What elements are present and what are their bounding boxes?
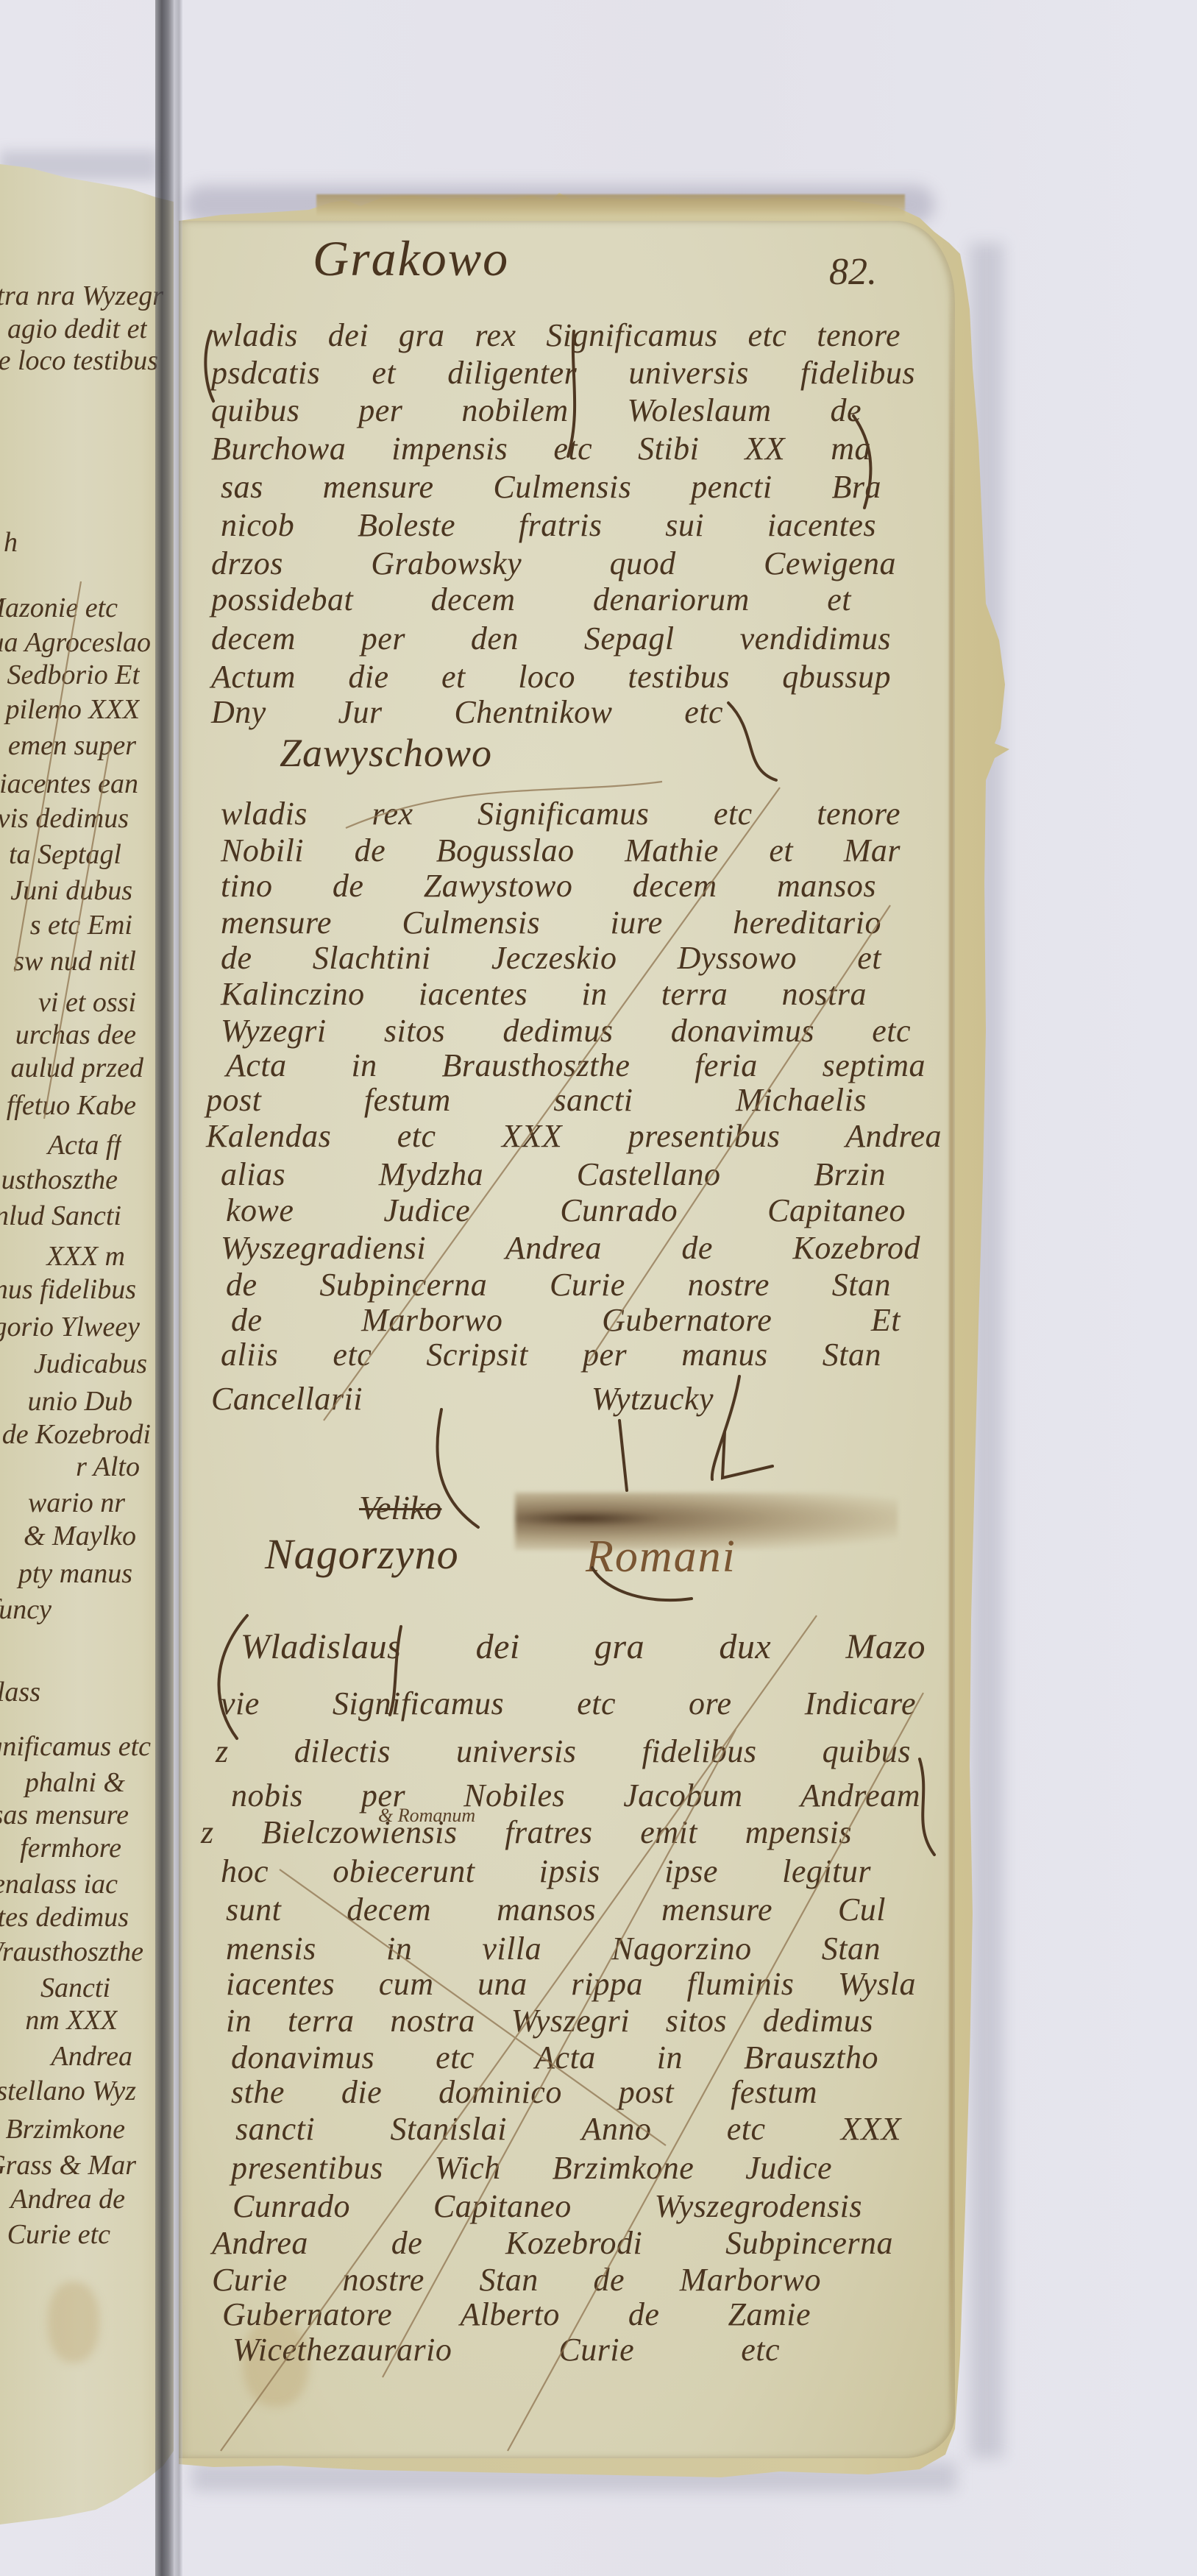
entry-heading-grakowo: Grakowo — [313, 230, 509, 288]
text-line: z Bielczowiensis fratres emit mpensis — [201, 1811, 852, 1855]
entry-heading-zawyschowo: Zawyschowo — [280, 730, 492, 776]
text-line: decem per den Sepagl vendidimus — [211, 617, 891, 661]
left-page-line: ytra nra Wyzegr — [0, 277, 163, 314]
left-page-line-text: vis dedimus — [0, 800, 129, 837]
left-page-line-text: Grass & Mar — [0, 2147, 136, 2184]
left-page-line: wario nr — [0, 1485, 125, 1521]
text-line: presentibus Wich Brzimkone Judice — [231, 2146, 832, 2190]
left-page-line-text: aulud przed — [11, 1050, 144, 1086]
text-line: quibus per nobilem Woleslaum de — [211, 389, 862, 433]
folio-number: 82. — [829, 250, 877, 294]
left-page-line: Brzimkone — [0, 2111, 125, 2148]
left-page-line: Juni dubus — [0, 872, 132, 909]
left-page-line-text: ytra nra Wyzegr — [0, 277, 163, 314]
left-page-line: nlud Sancti — [0, 1197, 121, 1234]
right-page-top-fray — [316, 194, 905, 216]
left-page-line: lass — [0, 1674, 40, 1710]
left-page-line-text: Mazonie etc — [0, 590, 118, 626]
left-page-line: h iacentes ean — [0, 765, 138, 802]
left-page-line-text: emen super — [8, 727, 136, 764]
left-page-line: Andrea de — [0, 2181, 125, 2218]
left-page-line-text: vi et ossi — [38, 984, 136, 1021]
left-page-line-text: Sancti — [40, 1970, 110, 2006]
left-page-line-text: Sedborio Et — [7, 657, 140, 693]
left-page-line: vi et ossi — [0, 984, 136, 1021]
left-page-line-text: wario nr — [28, 1485, 125, 1521]
text-line: sas mensure Culmensis pencti Bra — [221, 465, 881, 509]
left-page-line-text: h — [4, 524, 18, 561]
left-page-line-text: egorio Ylweey — [0, 1309, 140, 1345]
left-page-line: vis dedimus — [0, 800, 129, 837]
left-page-line-text: pty manus — [18, 1555, 132, 1592]
left-page-line-text: pilemo XXX — [5, 691, 140, 728]
left-page-line-text: usthoszthe — [1, 1161, 118, 1198]
left-page: ytra nra Wyzegr agio dedit et e loco tes… — [0, 0, 177, 2576]
text-line: Burchowa impensis etc Stibi XX ma — [211, 427, 871, 471]
left-page-line-text: Andrea — [51, 2038, 132, 2075]
left-page-line: XXX m — [0, 1238, 125, 1275]
left-page-line: fermhore — [0, 1830, 121, 1866]
glass-plate-highlight — [174, 0, 182, 2576]
left-page-line-text: enalass iac — [0, 1866, 118, 1903]
left-page-line-text: fermhore — [20, 1830, 121, 1866]
left-page-line: usthoszthe — [0, 1161, 118, 1198]
left-page-line: phalni & — [0, 1764, 125, 1801]
text-line: Dny Jur Chentnikow etc — [211, 690, 723, 735]
left-page-line-text: sw nud nitl — [13, 943, 136, 980]
left-page-line: pty manus — [0, 1555, 132, 1592]
paper-stain — [48, 2282, 99, 2363]
left-page-line: Sancti — [0, 1970, 110, 2006]
left-page-line: de Kozebrodi — [0, 1416, 151, 1453]
manuscript-photograph: ytra nra Wyzegr agio dedit et e loco tes… — [0, 0, 1197, 2576]
left-page-line-text: lass — [0, 1674, 40, 1710]
left-page-line-text: h iacentes ean — [0, 765, 138, 802]
left-page-line: Sedborio Et — [0, 657, 140, 693]
left-page-line: urchas dee — [0, 1016, 136, 1053]
right-page-leaf-edge — [949, 280, 953, 2436]
left-page-line: sw nud nitl — [0, 943, 136, 980]
left-page-line: Andrea — [0, 2038, 132, 2075]
left-page-line-text: phalni & — [25, 1764, 125, 1801]
left-page-line-text: Significamus etc — [0, 1728, 151, 1765]
left-page-line-text: nm XXX — [25, 2002, 118, 2039]
left-page-line: nus fidelibus — [0, 1271, 136, 1308]
left-page-line: h — [0, 524, 18, 561]
left-page-line-text: ffetuo Kabe — [7, 1087, 136, 1124]
left-page-line-text: nua Agroceslao — [0, 624, 151, 661]
left-page-line: nm XXX — [0, 2002, 118, 2039]
text-line: sunt decem mansos mensure Cul — [226, 1888, 886, 1932]
left-page-line-text: funcy — [0, 1591, 51, 1628]
left-page-line-text: Brzimkone — [5, 2111, 125, 2148]
left-page-line: & Maylko — [0, 1518, 136, 1554]
text-line: hoc obiecerunt ipsis ipse legitur — [221, 1850, 871, 1894]
left-page-line-text: & Maylko — [24, 1518, 136, 1554]
left-page-line-text: unio Dub — [28, 1383, 133, 1420]
left-page-line: unio Dub — [0, 1383, 132, 1420]
text-line: nicob Boleste fratris sui iacentes — [221, 503, 876, 548]
text-line: Kalendas etc XXX presentibus Andrea — [206, 1114, 942, 1158]
left-page-line-text: Castellano Wyz — [0, 2073, 136, 2109]
left-page-line-text: nus fidelibus — [0, 1271, 136, 1308]
struck-heading-veliko: Veliko — [359, 1488, 441, 1527]
left-page-line-text: XXX m — [46, 1238, 125, 1275]
entry-heading-nagorzyno: Nagorzyno — [265, 1529, 459, 1579]
left-page-line-text: Acta ff — [48, 1127, 121, 1164]
left-page-line: e loco testibus — [0, 342, 158, 379]
left-page-line-text: Wrausthoszthe — [0, 1933, 143, 1970]
left-page-line: Mazonie etc — [0, 590, 118, 626]
left-page-line-text: Juni dubus — [10, 872, 132, 909]
left-page-line: Acta ff — [0, 1127, 121, 1164]
left-page-line: ta Septagl — [0, 836, 121, 873]
left-page-line-text: e loco testibus — [0, 342, 158, 379]
left-page-line-text: sas mensure — [0, 1797, 129, 1833]
left-page-line: enalass iac — [0, 1866, 118, 1903]
left-page-line: nua Agroceslao — [0, 624, 151, 661]
left-page-line-text: r Alto — [76, 1448, 140, 1485]
left-page-line: Grass & Mar — [0, 2147, 136, 2184]
left-page-line: Curie etc — [0, 2216, 110, 2253]
text-line: Wicethezaurario Curie etc — [232, 2328, 780, 2372]
left-page-line-text: de Kozebrodi — [2, 1416, 151, 1453]
left-page-line: egorio Ylweey — [0, 1309, 140, 1345]
text-line: Wladislaus dei gra dux Mazo — [241, 1625, 926, 1669]
left-page-line: Castellano Wyz — [0, 2073, 136, 2109]
left-page-line-text: Andrea de — [10, 2181, 125, 2218]
left-page-line: r Alto — [0, 1448, 140, 1485]
left-page-line-text: ntes dedimus — [0, 1899, 129, 1936]
left-page-line-text: s etc Emi — [30, 907, 132, 944]
text-line: aliis etc Scripsit per manus Stan — [221, 1333, 881, 1377]
left-page-line: sas mensure — [0, 1797, 129, 1833]
text-line: Cancellarii Wytzucky — [211, 1377, 714, 1421]
left-page-line: funcy — [0, 1591, 51, 1628]
left-page-line: pilemo XXX — [0, 691, 140, 728]
left-page-line-text: urchas dee — [15, 1016, 136, 1053]
left-page-line: aulud przed — [0, 1050, 143, 1086]
left-page-line-text: Curie etc — [7, 2216, 110, 2253]
left-page-line-text: ta Septagl — [9, 836, 121, 873]
left-page-line: s etc Emi — [0, 907, 132, 944]
left-page-line-text: nlud Sancti — [0, 1197, 121, 1234]
left-page-line: Judicabus — [0, 1345, 147, 1382]
left-page-line-text: Judicabus — [34, 1345, 147, 1382]
left-page-line: emen super — [0, 727, 136, 764]
left-page-line: ffetuo Kabe — [0, 1087, 136, 1124]
text-line: vie Significamus etc ore Indicare — [221, 1682, 916, 1726]
glass-plate-edge — [155, 0, 174, 2576]
left-page-line: Significamus etc — [0, 1728, 151, 1765]
text-line: z dilectis universis fidelibus quibus — [216, 1730, 911, 1774]
left-page-line: Wrausthoszthe — [0, 1933, 143, 1970]
heading-annotation-romani: Romani — [586, 1531, 736, 1583]
text-line: possidebat decem denariorum et — [211, 578, 851, 622]
left-page-line: ntes dedimus — [0, 1899, 129, 1936]
text-line: sancti Stanislai Anno etc XXX — [235, 2107, 901, 2151]
